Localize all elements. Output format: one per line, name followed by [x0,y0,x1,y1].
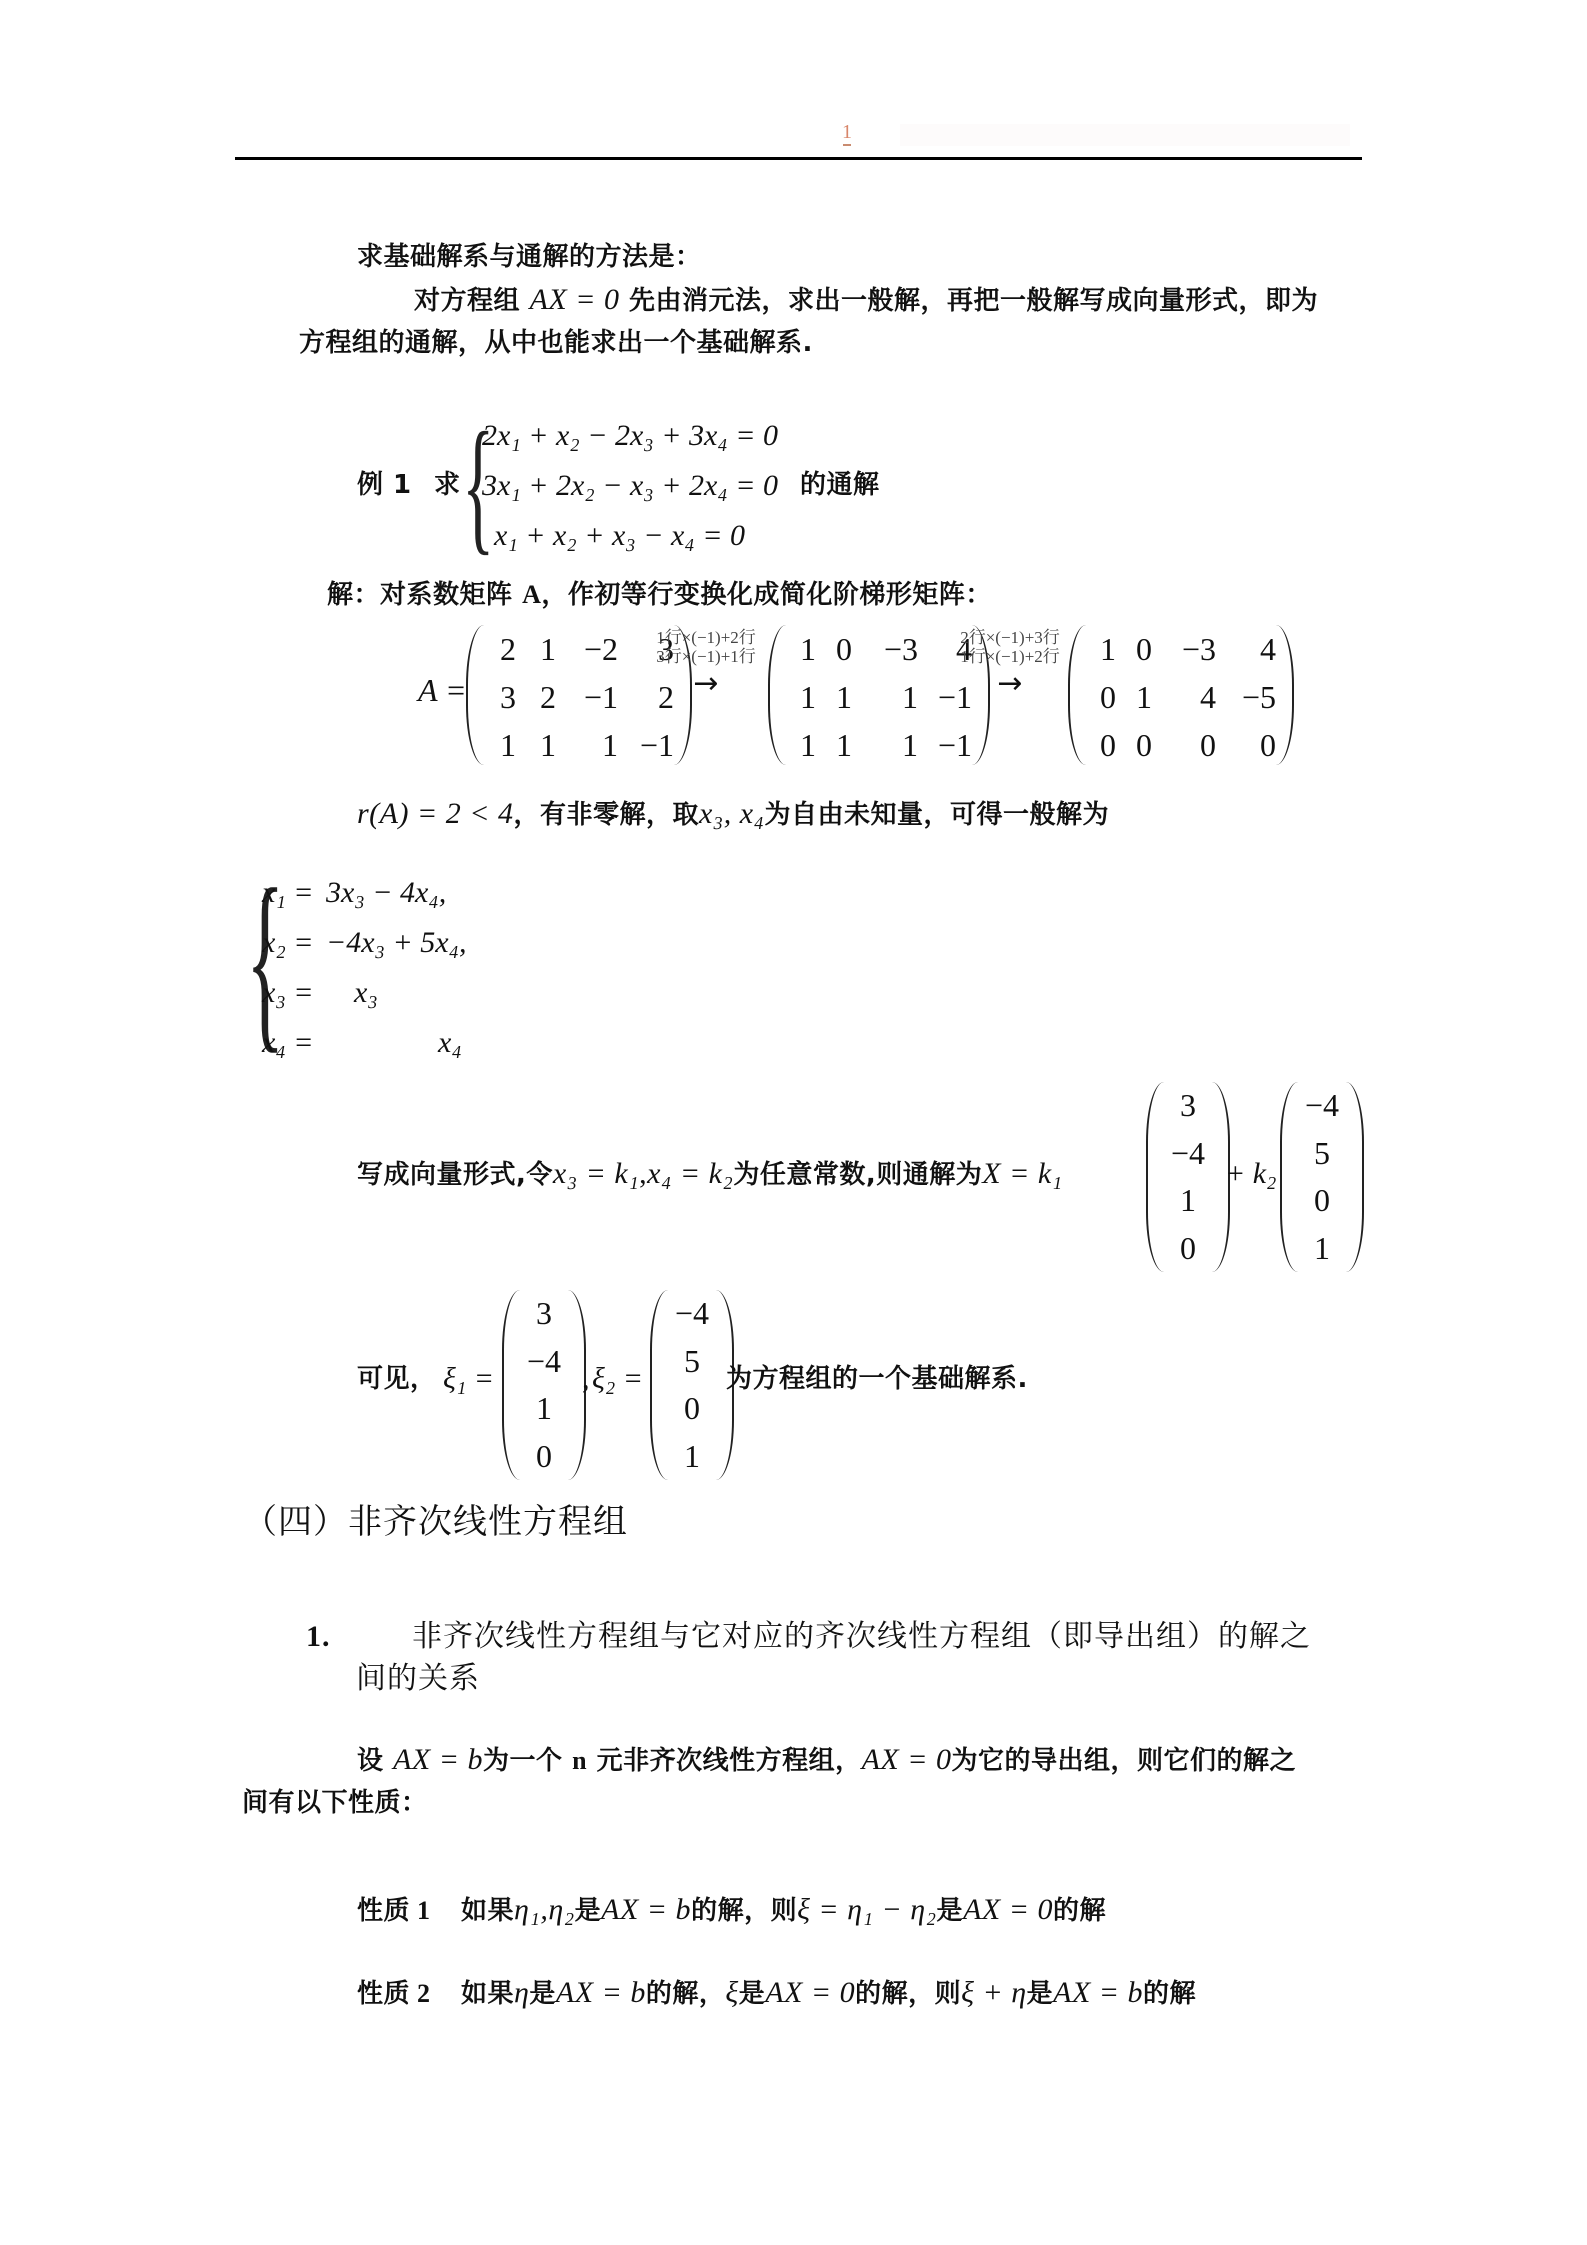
matrix-cell: 0 [1086,721,1116,769]
matrix-cell: 1 [786,721,816,769]
matrix-cell: 1 [856,673,918,721]
general-lhs: x₄ = [262,1018,326,1068]
xi2-label: ξ₂ = [592,1362,643,1396]
section-intro-line2: 间有以下性质： [242,1786,428,1820]
method-body-prefix: 对方程组 [414,286,520,316]
example-number: 例 1 [357,470,412,500]
vector-cell: −4 [1164,1130,1212,1177]
matrix-c-grid: 1 0 −3 4 0 1 4 −5 0 0 0 0 [1086,625,1276,765]
section-heading: （四）非齐次线性方程组 [243,1500,628,1544]
vector-eq-1: x₃ = k₁ [553,1157,639,1190]
matrix-cell: 1 [786,673,816,721]
equation-system: 2x₁ + x₂ − 2x₃ + 3x₄ = 0 3x₁ + 2x₂ − x₃ … [482,411,778,561]
item-title-line2: 间的关系 [356,1659,480,1699]
method-body-line1: 对方程组 AX = 0 先由消元法，求出一般解，再把一般解写成向量形式，即为 [414,283,1318,318]
matrix-cell: 1 [786,625,816,673]
matrix-cell: 1 [520,721,556,769]
property-text: 的解，则 [691,1896,797,1926]
matrix-cell: −1 [560,673,618,721]
general-lhs: x₃ = [262,968,326,1018]
property-math: ξ + η [961,1976,1026,2009]
matrix-cell: 4 [1156,673,1216,721]
general-row: x₂ =−4x₃ + 5x₄, [262,918,466,968]
property-text: 的解 [1143,1979,1196,2009]
property-text: 的解， [646,1979,726,2009]
general-rhs: −4x₃ + 5x₄, [326,926,466,959]
property-text: 的解，则 [855,1979,961,2009]
property-text: 是 [937,1896,964,1926]
arrow-right-icon: → [646,666,766,701]
equation-row: 3x₁ + 2x₂ − x₃ + 2x₄ = 0 [482,461,778,511]
vector-sep: , [639,1157,647,1190]
property-label: 性质 2 [357,1977,461,2011]
matrix-cell: −1 [622,721,674,769]
matrix-cell: 1 [856,721,918,769]
vector-cell: −4 [520,1338,568,1385]
equation-row: 2x₁ + x₂ − 2x₃ + 3x₄ = 0 [482,411,778,461]
vector-text-1: 写成向量形式,令 [357,1160,553,1190]
general-lhs: x₁ = [262,868,326,918]
matrix-cell: −5 [1220,673,1276,721]
general-rhs: x₄ [326,1026,462,1059]
property-text: 是 [575,1896,602,1926]
example-ask: 求 [434,468,461,502]
intro-eq1: AX = b [393,1743,483,1776]
matrix-c: 1 0 −3 4 0 1 4 −5 0 0 0 0 [1068,625,1294,765]
basis-suffix: 为方程组的一个基础解系. [726,1362,1028,1396]
item-number: 1. [306,1617,331,1657]
vector-cell: 0 [668,1385,716,1432]
left-paren-icon [1146,1082,1164,1272]
vector-cell: 3 [1164,1082,1212,1129]
row-op-label: 3行×(−1)+1行 [646,647,766,666]
property-math: η₁,η₂ [514,1893,575,1926]
matrix-cell: 1 [560,721,618,769]
matrix-cell: 2 [484,625,516,673]
matrix-cell: 2 [520,673,556,721]
method-body-eq: AX = 0 [530,283,620,316]
arrow-right-icon: → [950,666,1070,701]
vector-cell: 1 [668,1433,716,1480]
solution-intro-prefix: 解：对系数矩阵 [327,580,513,610]
property-2: 性质 2如果η是AX = b的解，ξ是AX = 0的解，则ξ + η是AX = … [357,1976,1196,2011]
general-row: x₃ =x₃ [262,968,466,1018]
matrix-cell: 1 [820,673,852,721]
property-text: 是 [739,1979,766,2009]
property-math: AX = b [601,1893,691,1926]
solution-intro-rest: ，作初等行变换化成简化阶梯形矩阵： [541,580,992,610]
basis-xi2: −4 5 0 1 [650,1290,734,1480]
general-row: x₁ =3x₃ − 4x₄, [262,868,466,918]
property-1: 性质 1如果η₁,η₂是AX = b的解，则ξ = η₁ − η₂是AX = 0… [357,1893,1106,1928]
property-math: AX = 0 [963,1893,1053,1926]
rank-text-1: ，有非零解，取 [513,800,699,830]
intro-mid3: 为它的导出组，则它们的解之 [952,1746,1297,1776]
left-paren-icon [1280,1082,1298,1272]
general-rhs: x₃ [326,976,378,1009]
vector-cell: 1 [1298,1225,1346,1272]
vector-cell: 0 [1164,1225,1212,1272]
matrix-cell: 4 [1220,625,1276,673]
row-op-2: 2行×(−1)+3行 1行×(−1)+2行 → [950,628,1070,701]
property-text: 是 [529,1979,556,2009]
matrix-cell: 0 [1120,721,1152,769]
rank-text-2: 为自由未知量，可得一般解为 [764,800,1109,830]
matrix-cell: 1 [1120,673,1152,721]
vector-text-2: 为任意常数,则通解为 [733,1160,982,1190]
property-math: ξ = η₁ − η₂ [797,1893,936,1926]
property-text: 如果 [461,1896,514,1926]
property-math: AX = 0 [765,1976,855,2009]
intro-mid1: 为一个 [483,1746,563,1776]
left-paren-icon [466,625,484,765]
property-text: 是 [1027,1979,1054,2009]
item-title-line1: 非齐次线性方程组与它对应的齐次线性方程组（即导出组）的解之 [412,1617,1311,1657]
header-shade [900,124,1350,146]
header-rule [235,157,1362,160]
vector-v2: −4 5 0 1 [1280,1082,1364,1272]
left-paren-icon [768,625,786,765]
xi-sep: , [582,1362,590,1396]
property-math: AX = b [556,1976,646,2009]
basis-xi1: 3 −4 1 0 [502,1290,586,1480]
vector-cell: −4 [1298,1082,1346,1129]
vector-lhs: X = k₁ [982,1157,1062,1190]
example-suffix: 的通解 [800,468,880,502]
basis-prefix: 可见， [357,1362,437,1396]
solution-intro: 解：对系数矩阵 A，作初等行变换化成简化阶梯形矩阵： [327,578,992,612]
row-op-label: 2行×(−1)+3行 [950,628,1070,647]
equation-row: x₁ + x₂ + x₃ − x₄ = 0 [482,511,778,561]
section-intro-line1: 设 AX = b为一个 n 元非齐次线性方程组，AX = 0为它的导出组，则它们… [357,1743,1296,1778]
matrix-cell: 1 [820,721,852,769]
page-mark: 1 [840,118,854,146]
matrix-lhs: A = [418,672,467,709]
intro-mid2: 元非齐次线性方程组， [597,1746,862,1776]
solution-intro-a: A [522,580,541,609]
matrix-cell: −3 [856,625,918,673]
row-op-label: 1行×(−1)+2行 [646,628,766,647]
vector-cell: 0 [520,1433,568,1480]
vector-cell: 5 [1298,1130,1346,1177]
vector-cell: −4 [668,1290,716,1337]
matrix-cell: 3 [484,673,516,721]
matrix-cell: −1 [922,721,972,769]
vector-cell: 1 [1164,1177,1212,1224]
property-math: η [514,1976,529,2009]
general-solution: x₁ =3x₃ − 4x₄, x₂ =−4x₃ + 5x₄, x₃ =x₃ x₄… [262,868,466,1068]
matrix-cell: 0 [820,625,852,673]
vector-cell: 3 [520,1290,568,1337]
matrix-cell: 0 [1086,673,1116,721]
vector-plus: + k₂ [1225,1157,1277,1191]
intro-eq2: AX = 0 [862,1743,952,1776]
property-math: ξ [725,1976,738,2009]
property-label: 性质 1 [357,1894,461,1928]
left-paren-icon [1068,625,1086,765]
general-rhs: 3x₃ − 4x₄, [326,876,446,909]
method-body-rest: 先由消元法，求出一般解，再把一般解写成向量形式，即为 [629,286,1318,316]
matrix-cell: −2 [560,625,618,673]
vector-grid: 3 −4 1 0 [1164,1082,1212,1272]
rank-eq: r(A) = 2 < 4 [357,797,513,830]
example-label: 例 1 [357,468,412,502]
vector-v1: 3 −4 1 0 [1146,1082,1230,1272]
vector-grid: −4 5 0 1 [1298,1082,1346,1272]
property-text: 如果 [461,1979,514,2009]
left-paren-icon [502,1290,520,1480]
property-math: AX = b [1053,1976,1143,2009]
matrix-cell: 0 [1220,721,1276,769]
vector-grid: 3 −4 1 0 [520,1290,568,1480]
free-vars: x₃, x₄ [699,797,765,830]
row-op-label: 1行×(−1)+2行 [950,647,1070,666]
matrix-cell: 1 [520,625,556,673]
property-text: 的解 [1053,1896,1106,1926]
vector-cell: 5 [668,1338,716,1385]
xi1-label: ξ₁ = [443,1362,494,1396]
matrix-cell: 1 [1086,625,1116,673]
intro-pre: 设 [357,1746,384,1776]
vector-cell: 0 [1298,1177,1346,1224]
right-paren-icon [1276,625,1294,765]
vector-line: 写成向量形式,令x₃ = k₁,x₄ = k₂为任意常数,则通解为X = k₁ [357,1157,1063,1192]
left-paren-icon [650,1290,668,1480]
row-op-1: 1行×(−1)+2行 3行×(−1)+1行 → [646,628,766,701]
matrix-b-grid: 1 0 −3 4 1 1 1 −1 1 1 1 −1 [786,625,972,765]
method-title: 求基础解系与通解的方法是： [357,240,702,274]
right-paren-icon [1346,1082,1364,1272]
general-row: x₄ =x₄ [262,1018,466,1068]
general-lhs: x₂ = [262,918,326,968]
method-body-line2: 方程组的通解，从中也能求出一个基础解系. [299,326,813,360]
vector-grid: −4 5 0 1 [668,1290,716,1480]
vector-eq-2: x₄ = k₂ [647,1157,733,1190]
matrix-cell: −3 [1156,625,1216,673]
matrix-cell: 0 [1120,625,1152,673]
matrix-cell: 0 [1156,721,1216,769]
intro-n: n [572,1746,587,1775]
vector-cell: 1 [520,1385,568,1432]
rank-line: r(A) = 2 < 4，有非零解，取x₃, x₄为自由未知量，可得一般解为 [357,797,1109,832]
matrix-cell: 1 [484,721,516,769]
